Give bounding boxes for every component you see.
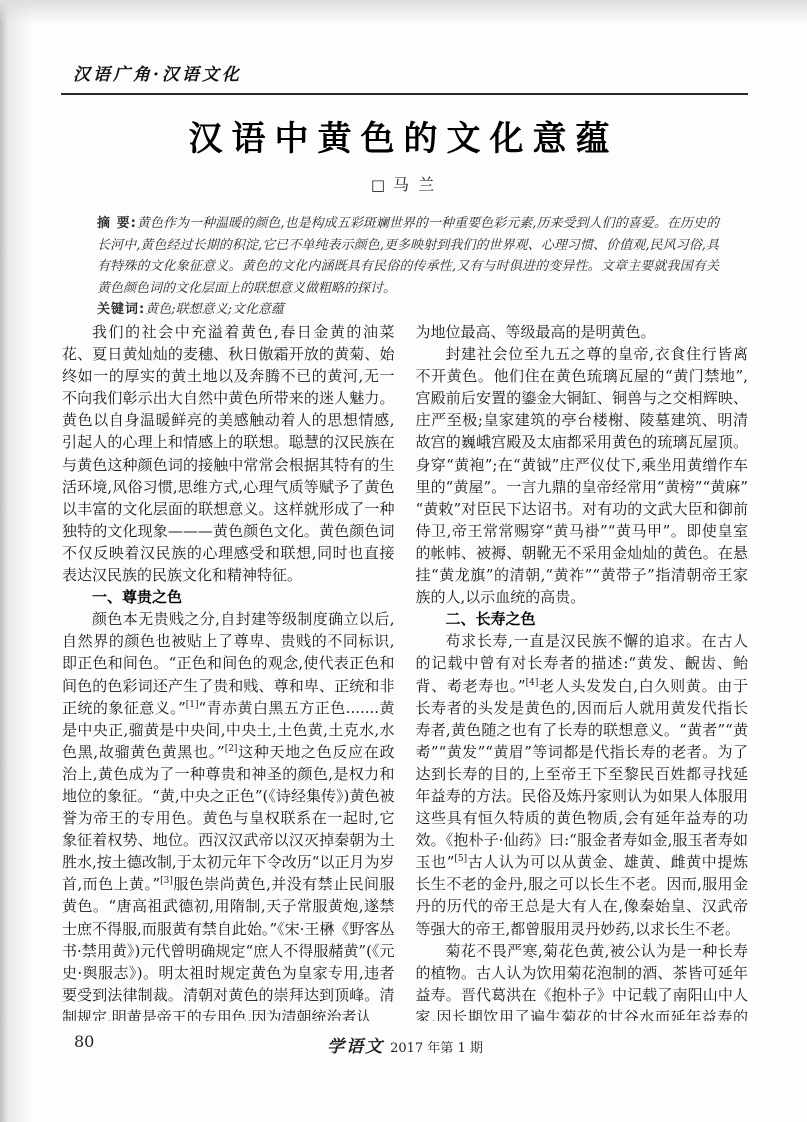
- keywords-text: 黄色;联想意义;文化意蕴: [145, 302, 284, 317]
- page-footer: 80 学语文2017 年第 1 期: [62, 1030, 748, 1056]
- journal-name: 学语文: [327, 1037, 384, 1057]
- author-byline: □马 兰: [0, 172, 807, 195]
- body-columns: 我们的社会中充溢着黄色,春日金黄的油菜花、夏日黄灿灿的麦穗、秋日傲霜开放的黄菊、…: [62, 321, 748, 1021]
- paragraph-intro: 我们的社会中充溢着黄色,春日金黄的油菜花、夏日黄灿灿的麦穗、秋日傲霜开放的黄菊、…: [62, 321, 395, 586]
- paragraph-section1: 颜色本无贵贱之分,自封建等级制度确立以后,自然界的颜色也被贴上了尊卑、贵贱的不同…: [62, 608, 395, 1021]
- header-rule: [61, 93, 748, 95]
- abstract-block: 摘 要:黄色作为一种温暖的颜色,也是构成五彩斑斓世界的一种重要色彩元素,历来受到…: [97, 213, 719, 321]
- column-kicker: 汉语广角·汉语文化: [73, 60, 242, 85]
- scanned-page: 汉语广角·汉语文化 汉语中黄色的文化意蕴 □马 兰 摘 要:黄色作为一种温暖的颜…: [0, 0, 807, 1122]
- author-name: 马 兰: [393, 175, 436, 194]
- abstract-label: 摘 要:: [97, 216, 137, 231]
- article-title: 汉语中黄色的文化意蕴: [0, 111, 807, 160]
- author-marker: □: [371, 176, 387, 194]
- keywords-label: 关键词:: [97, 302, 145, 317]
- journal-issue: 2017 年第 1 期: [390, 1041, 483, 1056]
- paragraph-section1-continued: 为地位最高、等级最高的是明黄色。: [416, 321, 749, 343]
- section-heading-2: 二、长寿之色: [416, 608, 749, 630]
- right-column: 为地位最高、等级最高的是明黄色。 封建社会位至九五之尊的皇帝,衣食住行皆离不开黄…: [416, 321, 749, 1021]
- paragraph-emperor-yellow: 封建社会位至九五之尊的皇帝,衣食住行皆离不开黄色。他们住在黄色琉璃瓦屋的“黄门禁…: [416, 343, 749, 608]
- left-column: 我们的社会中充溢着黄色,春日金黄的油菜花、夏日黄灿灿的麦穗、秋日傲霜开放的黄菊、…: [62, 321, 395, 1021]
- abstract-paragraph: 摘 要:黄色作为一种温暖的颜色,也是构成五彩斑斓世界的一种重要色彩元素,历来受到…: [97, 213, 719, 299]
- footer-journal-line: 学语文2017 年第 1 期: [62, 1032, 748, 1057]
- paragraph-chrysanthemum: 菊花不畏严寒,菊花色黄,被公认为是一种长寿的植物。古人认为饮用菊花泡制的酒、茶皆…: [416, 940, 749, 1021]
- keywords-line: 关键词:黄色;联想意义;文化意蕴: [97, 299, 719, 321]
- section-heading-1: 一、尊贵之色: [62, 586, 395, 608]
- abstract-text: 黄色作为一种温暖的颜色,也是构成五彩斑斓世界的一种重要色彩元素,历来受到人们的喜…: [97, 216, 719, 296]
- paragraph-longevity: 苟求长寿,一直是汉民族不懈的追求。在古人的记载中曾有对长寿者的描述:“黄发、齯齿…: [416, 630, 749, 939]
